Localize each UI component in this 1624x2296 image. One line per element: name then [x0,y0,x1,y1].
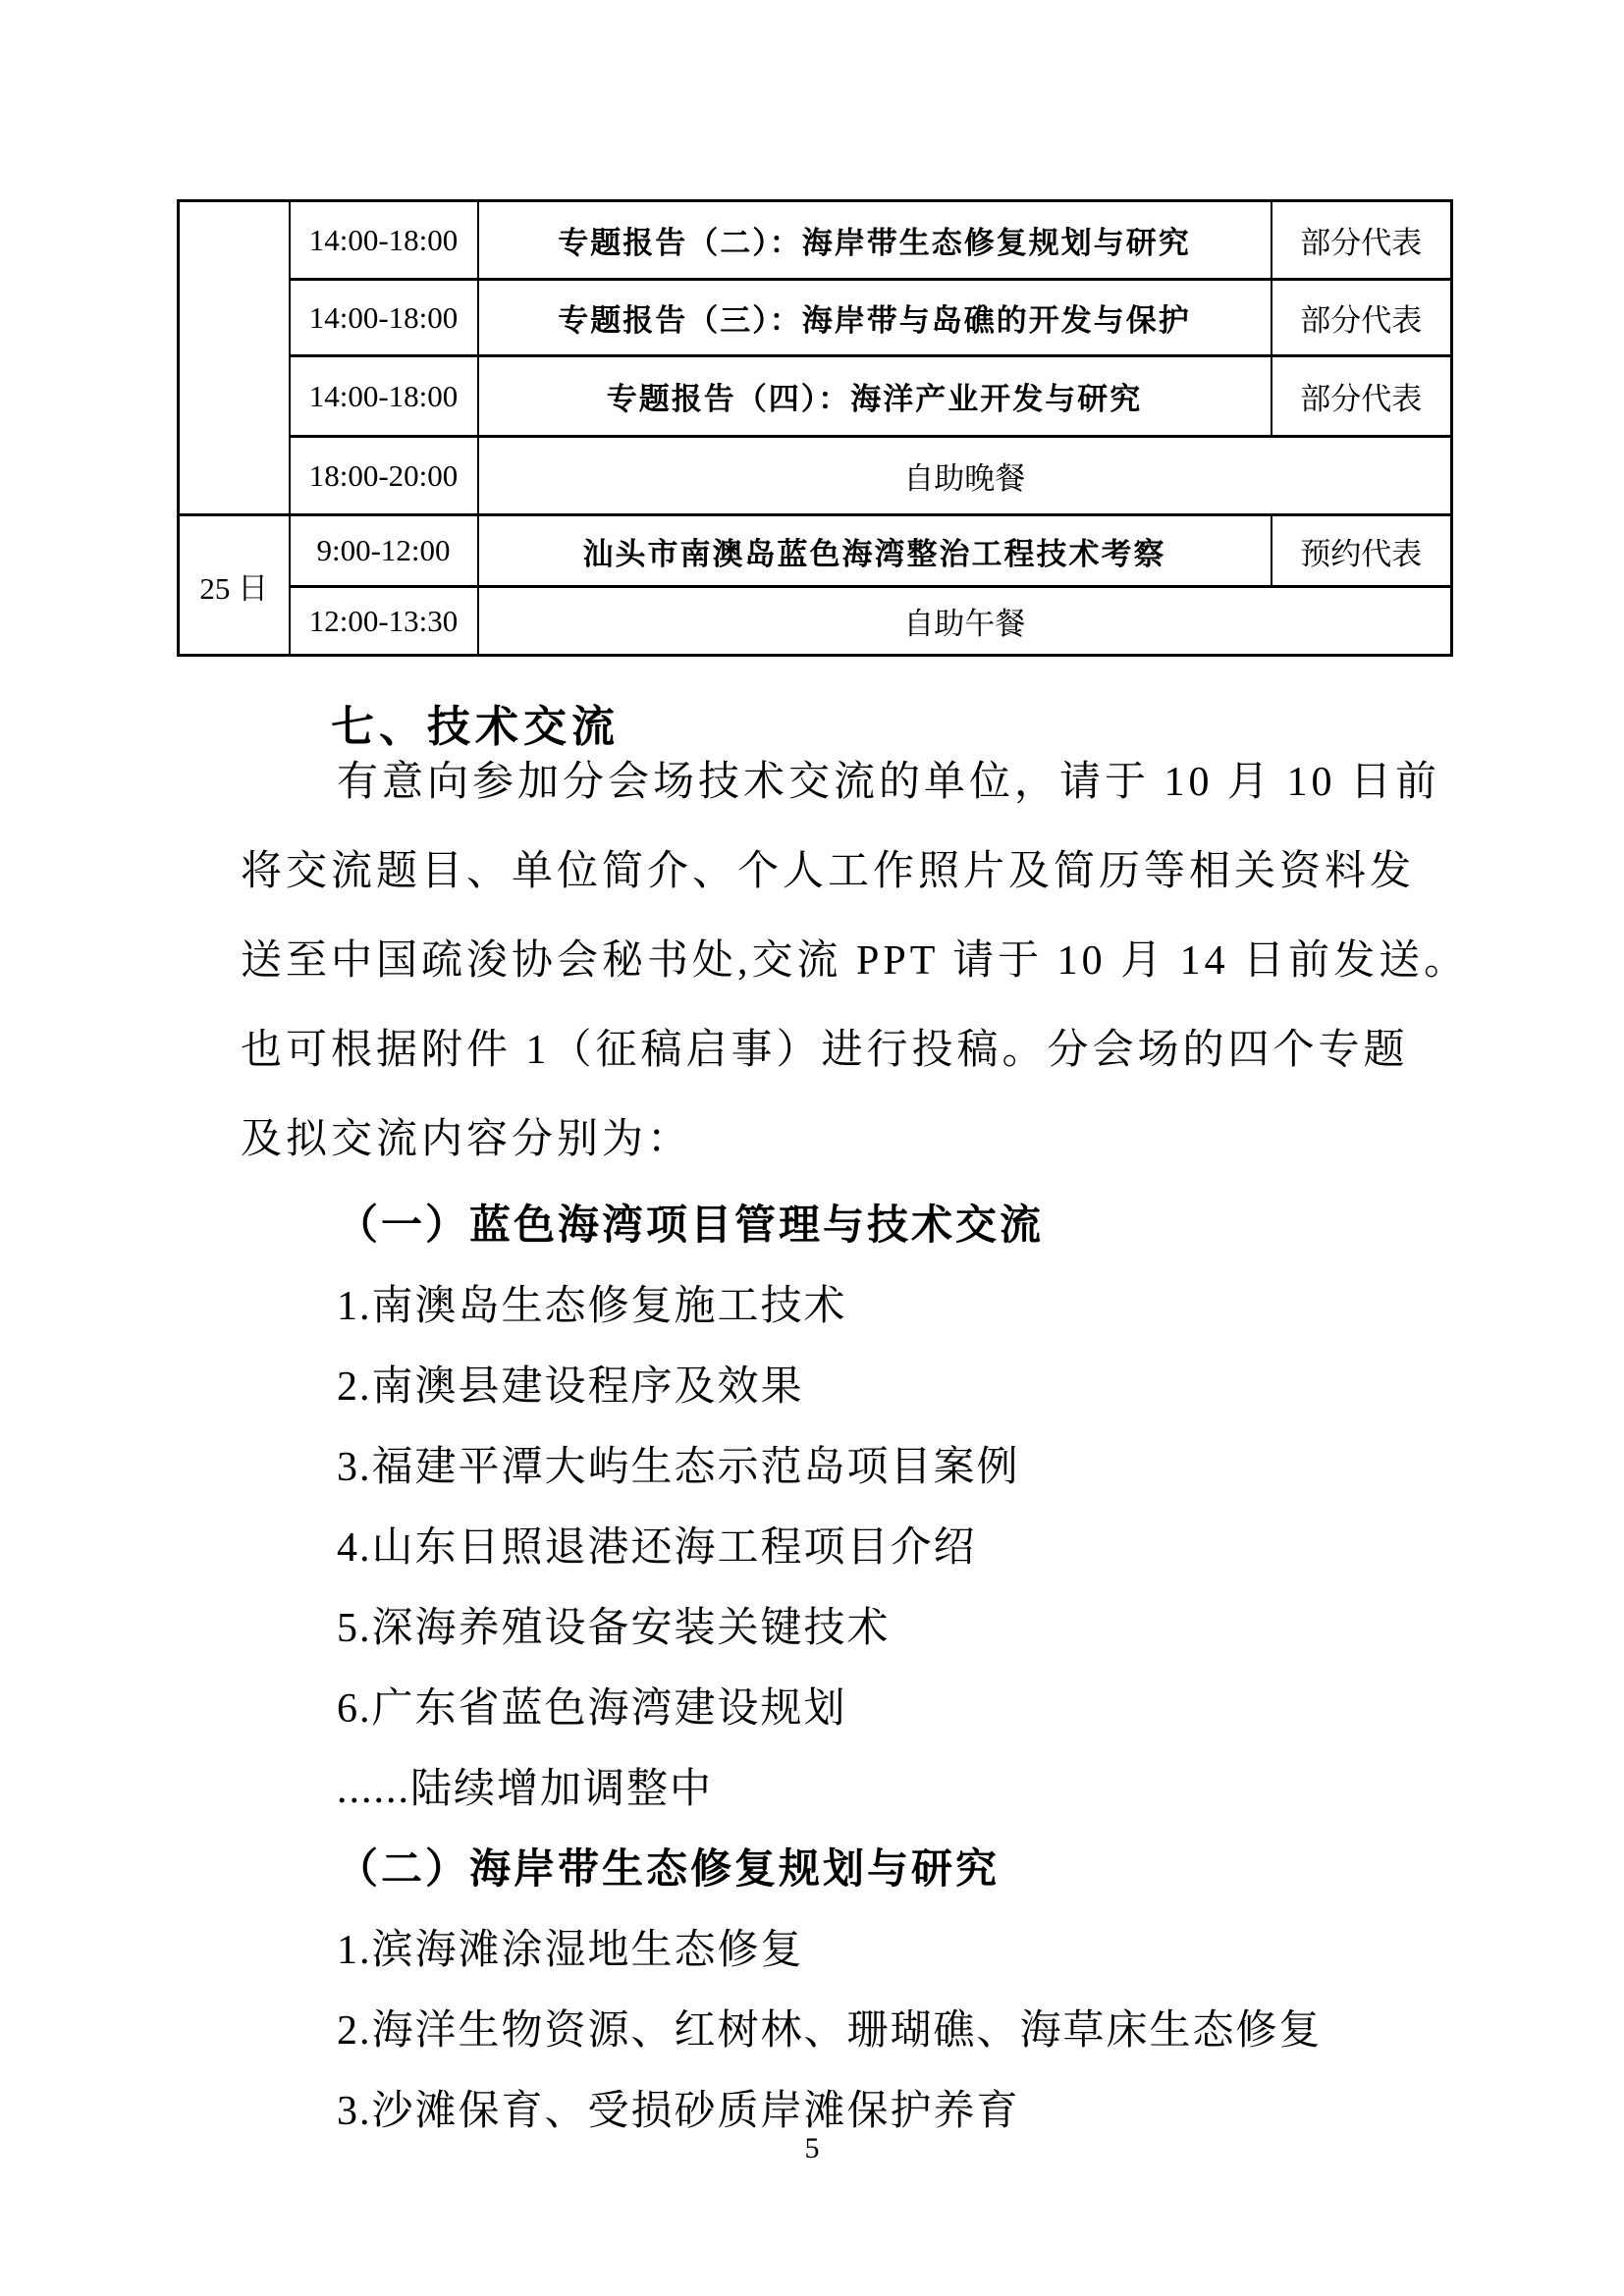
time-cell: 14:00-18:00 [290,356,478,437]
list-item: 1.南澳岛生态修复施工技术 [337,1266,1515,1347]
list-item: 3.福建平潭大屿生态示范岛项目案例 [337,1427,1515,1508]
table-row: 18:00-20:00 自助晚餐 [179,437,1452,515]
time-cell: 18:00-20:00 [290,437,478,515]
date-cell-25: 25 日 [179,515,290,656]
list-item: 4.山东日照退港还海工程项目介绍 [337,1508,1515,1588]
time-cell: 14:00-18:00 [290,280,478,356]
rep-cell: 部分代表 [1272,280,1452,356]
paragraph-line: 及拟交流内容分别为： [241,1095,1409,1185]
table-row: 25 日 9:00-12:00 汕头市南澳岛蓝色海湾整治工程技术考察 预约代表 [179,515,1452,587]
date-cell-blank [179,201,290,515]
schedule-table: 14:00-18:00 专题报告（二）：海岸带生态修复规划与研究 部分代表 14… [177,199,1453,657]
list-item: 6.广东省蓝色海湾建设规划 [337,1669,1515,1749]
rep-cell: 部分代表 [1272,356,1452,437]
list-item: 1.滨海滩涂湿地生态修复 [337,1910,1515,1991]
meal-cell: 自助晚餐 [478,437,1452,515]
table-row: 14:00-18:00 专题报告（三）：海岸带与岛礁的开发与保护 部分代表 [179,280,1452,356]
meal-cell: 自助午餐 [478,587,1452,656]
list-item: 5.深海养殖设备安装关键技术 [337,1588,1515,1669]
rep-cell: 部分代表 [1272,201,1452,280]
document-page: 14:00-18:00 专题报告（二）：海岸带生态修复规划与研究 部分代表 14… [0,0,1624,2296]
time-cell: 12:00-13:30 [290,587,478,656]
session-cell: 专题报告（四）：海洋产业开发与研究 [478,356,1272,437]
subsection-heading: （一）蓝色海湾项目管理与技术交流 [337,1186,1515,1266]
list-item: 2.南澳县建设程序及效果 [337,1347,1515,1427]
session-cell: 汕头市南澳岛蓝色海湾整治工程技术考察 [478,515,1272,587]
session-cell: 专题报告（三）：海岸带与岛礁的开发与保护 [478,280,1272,356]
list-item: 2.海洋生物资源、红树林、珊瑚礁、海草床生态修复 [337,1991,1515,2071]
time-cell: 14:00-18:00 [290,201,478,280]
time-cell: 9:00-12:00 [290,515,478,587]
table-row: 12:00-13:30 自助午餐 [179,587,1452,656]
subsection-heading: （二）海岸带生态修复规划与研究 [337,1830,1515,1910]
paragraph-line: 有意向参加分会场技术交流的单位，请于 10 月 10 日前 [241,738,1409,828]
list-item: ......陆续增加调整中 [337,1749,1515,1830]
intro-paragraph: 有意向参加分会场技术交流的单位，请于 10 月 10 日前 将交流题目、单位简介… [241,738,1409,1185]
paragraph-line: 送至中国疏浚协会秘书处,交流 PPT 请于 10 月 14 日前发送。 [241,917,1409,1006]
paragraph-line: 也可根据附件 1（征稿启事）进行投稿。分会场的四个专题 [241,1006,1409,1095]
rep-cell: 预约代表 [1272,515,1452,587]
table-row: 14:00-18:00 专题报告（四）：海洋产业开发与研究 部分代表 [179,356,1452,437]
table-row: 14:00-18:00 专题报告（二）：海岸带生态修复规划与研究 部分代表 [179,201,1452,280]
session-cell: 专题报告（二）：海岸带生态修复规划与研究 [478,201,1272,280]
page-number: 5 [0,2132,1624,2165]
topic-list: （一）蓝色海湾项目管理与技术交流 1.南澳岛生态修复施工技术 2.南澳县建设程序… [337,1186,1515,2152]
paragraph-line: 将交流题目、单位简介、个人工作照片及简历等相关资料发 [241,828,1409,917]
